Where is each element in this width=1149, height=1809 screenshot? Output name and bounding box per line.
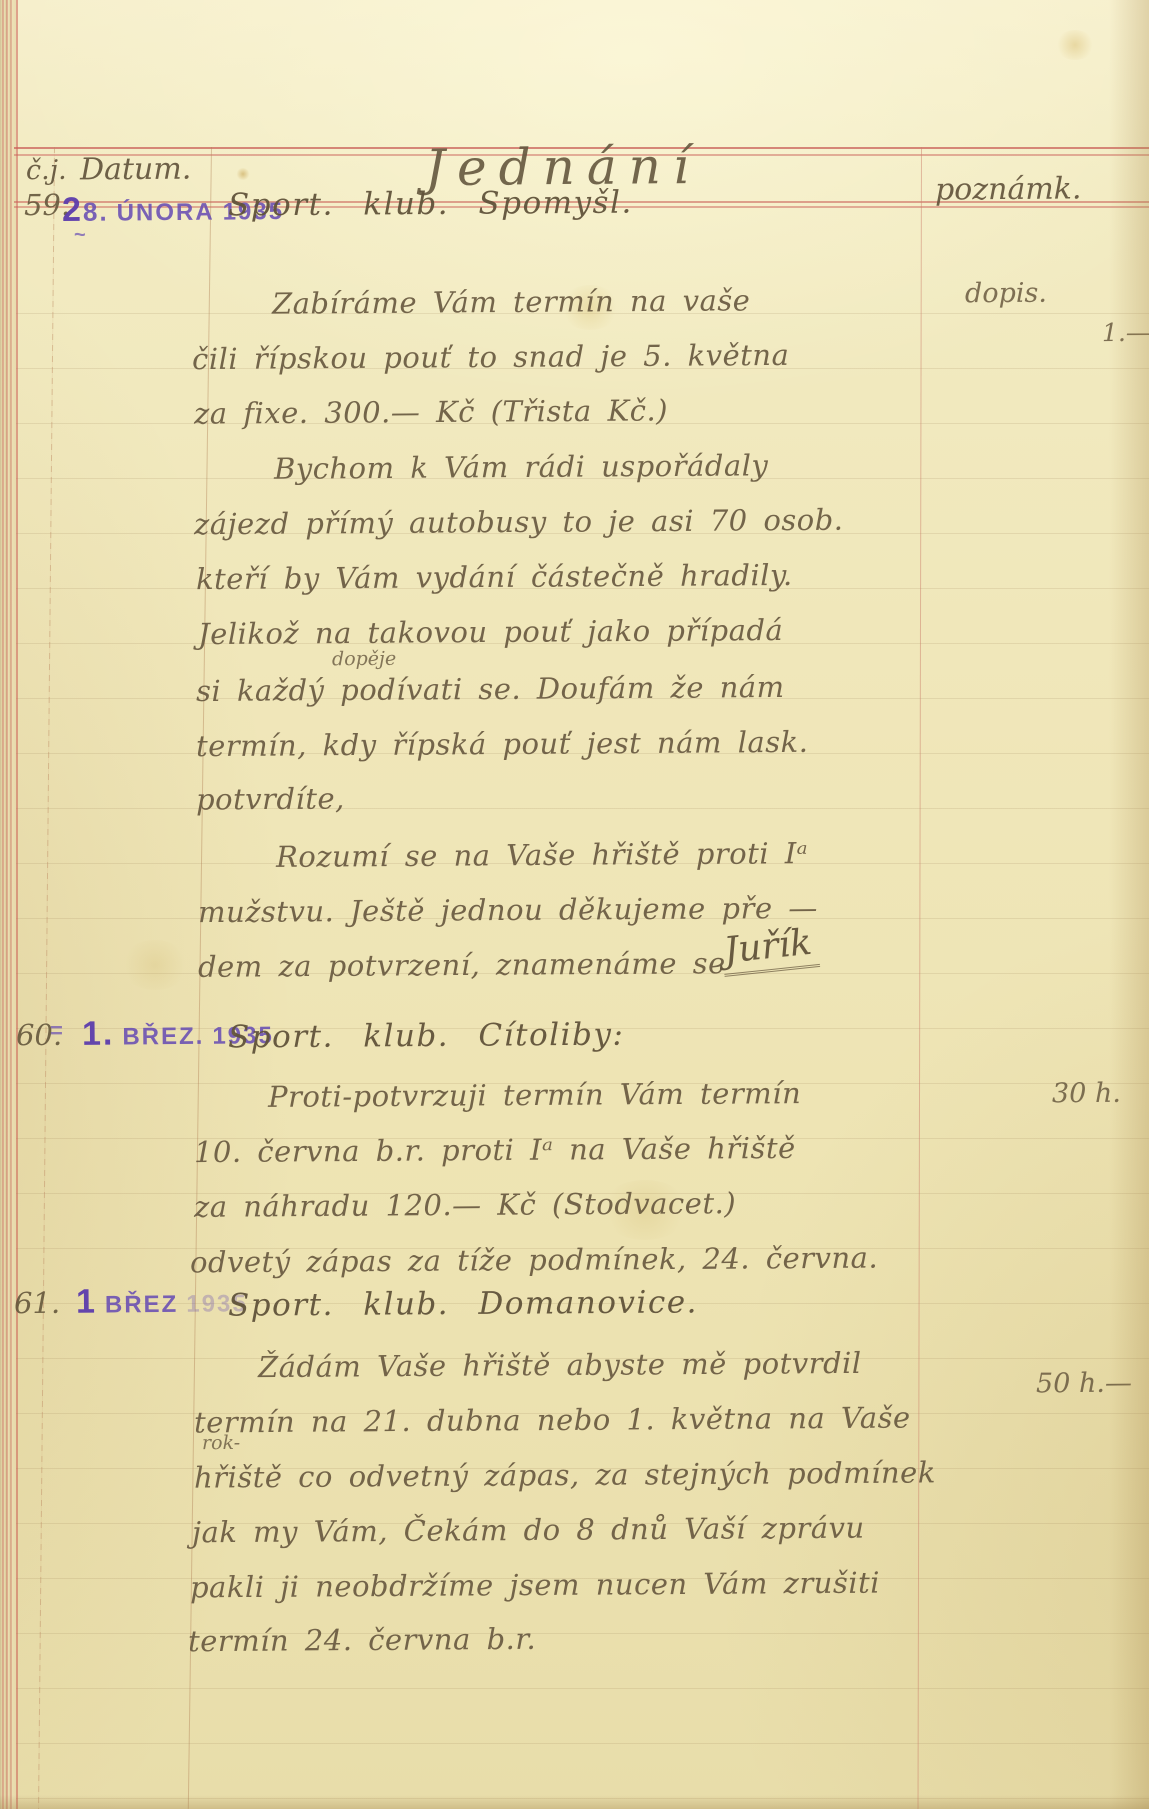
entry-title: Sport. klub. Domanovice. [228, 1284, 698, 1323]
handwritten-line: termín 24. června b.r. [188, 1622, 536, 1658]
header-note: poznámk. [935, 171, 1082, 207]
handwritten-line: zájezd přímý autobusy to je asi 70 osob. [194, 503, 844, 542]
inserted-word: rok- [202, 1432, 240, 1454]
stamp-day: 1 [76, 1283, 97, 1322]
note-dopis: dopis. [965, 278, 1047, 310]
handwritten-line: Rozumí se na Vaše hřiště proti Iᵃ [276, 836, 808, 874]
handwritten-line: Bychom k Vám rádi uspořádaly [274, 448, 769, 485]
inserted-word: dopěje [332, 648, 396, 670]
handwritten-line: dem za potvrzení, znamenáme se [198, 946, 726, 984]
handwritten-line: Jelikož na takovou pouť jako případá [198, 613, 784, 651]
handwritten-line: odvetý zápas za tíže podmínek, 24. červn… [190, 1241, 878, 1280]
entry-title: Sport. klub. Spomyšl. [228, 185, 633, 224]
paper-stain [236, 168, 250, 180]
handwritten-line: kteří by Vám vydání částečně hradily. [196, 558, 793, 596]
handwritten-line: 10. června b.r. proti Iᵃ na Vaše hřiště [194, 1131, 796, 1169]
header-date: Datum. [80, 152, 192, 188]
stamp-smudge: ~ [74, 224, 86, 247]
handwritten-line: mužstvu. Ještě jednou děkujeme pře — [198, 891, 818, 929]
entry-title: Sport. klub. Cítoliby: [228, 1017, 625, 1056]
handwritten-line: za fixe. 300.— Kč (Třista Kč.) [194, 393, 668, 430]
margin-line [16, 0, 18, 1809]
handwritten-line: si každý podívati se. Doufám že nám [196, 670, 785, 708]
page-edge-right [1109, 0, 1149, 1809]
stamp-day: 1. [82, 1015, 115, 1054]
date-stamp: 1BŘEZ1935 [76, 1281, 248, 1321]
page-edge-bottom [0, 1795, 1149, 1809]
handwritten-line: Žádám Vaše hřiště abyste mě potvrdil [258, 1346, 862, 1384]
stamp-prefix: = [50, 1018, 63, 1044]
entry-number: 61. [14, 1286, 60, 1320]
header-refno: č.j. [26, 155, 67, 186]
book-binding-edge [0, 0, 16, 1809]
handwritten-line: Proti-potvrzuji termín Vám termín [268, 1076, 801, 1114]
paper-stain [1055, 30, 1095, 60]
handwritten-line: termín na 21. dubna nebo 1. května na Va… [194, 1400, 911, 1439]
handwritten-line: potvrdíte, [196, 781, 345, 816]
handwritten-line: za náhradu 120.— Kč (Stodvacet.) [194, 1186, 736, 1224]
ledger-page-scan: č.j. Datum. Jednání poznámk. 59. 28.ÚNOR… [0, 0, 1149, 1809]
stamp-month: BŘEZ [105, 1291, 179, 1319]
handwritten-line: hřiště co odvetný zápas, za stejných pod… [194, 1455, 936, 1494]
handwritten-line: čili řípskou pouť to snad je 5. května [192, 338, 790, 376]
handwritten-line: pakli ji neobdržíme jsem nucen Vám zruši… [190, 1566, 880, 1605]
handwritten-line: jak my Vám, Čekám do 8 dnů Vaší zprávu [192, 1511, 865, 1550]
stamp-month: ÚNORA [117, 199, 215, 227]
stamp-month: BŘEZ. [122, 1023, 204, 1051]
handwritten-line: Zabíráme Vám termín na vaše [272, 283, 751, 320]
handwritten-line: termín, kdy řípská pouť jest nám lask. [196, 725, 809, 763]
